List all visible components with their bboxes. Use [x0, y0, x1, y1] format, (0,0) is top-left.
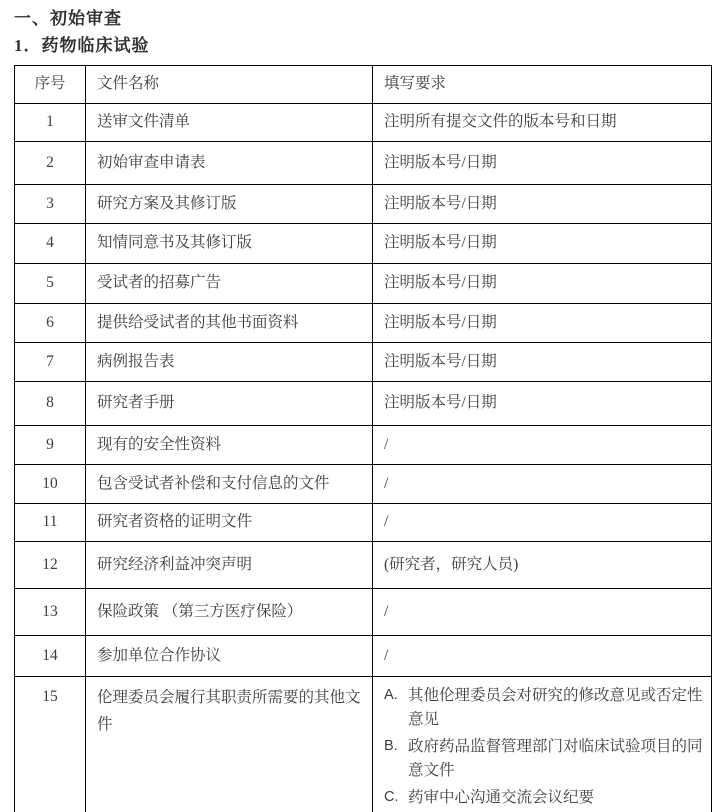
- subsection-title: 1．药物临床试验: [14, 34, 711, 58]
- row-number-cell: 1: [15, 104, 86, 142]
- requirement-item-label: A.: [384, 684, 408, 706]
- row-number-cell: 14: [15, 636, 86, 677]
- row-number-cell: 5: [15, 264, 86, 304]
- row-number-cell: 12: [15, 542, 86, 589]
- row-number-cell: 4: [15, 224, 86, 264]
- requirement-item-text: 药审中心沟通交流会议纪要: [408, 786, 703, 810]
- requirement-item-label: C.: [384, 786, 408, 808]
- requirement-item-label: B.: [384, 735, 408, 757]
- doc-name-cell: 包含受试者补偿和支付信息的文件: [86, 465, 373, 504]
- table-row: 15 伦理委员会履行其职责所需要的其他文件 A. 其他伦理委员会对研究的修改意见…: [15, 677, 712, 812]
- requirement-item: C. 药审中心沟通交流会议纪要: [384, 786, 703, 810]
- requirement-cell: 注明版本号/日期: [373, 343, 712, 382]
- requirement-cell: A. 其他伦理委员会对研究的修改意见或否定性意见 B. 政府药品监督管理部门对临…: [373, 677, 712, 812]
- table-row: 14 参加单位合作协议 /: [15, 636, 712, 677]
- requirement-cell: 注明版本号/日期: [373, 382, 712, 426]
- requirement-cell: 注明版本号/日期: [373, 142, 712, 185]
- table-row: 3 研究方案及其修订版 注明版本号/日期: [15, 185, 712, 224]
- doc-name-cell: 知情同意书及其修订版: [86, 224, 373, 264]
- row-number-cell: 8: [15, 382, 86, 426]
- requirement-cell: 注明版本号/日期: [373, 185, 712, 224]
- requirement-cell: /: [373, 589, 712, 636]
- row-number-cell: 7: [15, 343, 86, 382]
- doc-name-cell: 研究者手册: [86, 382, 373, 426]
- row-number-cell: 9: [15, 426, 86, 465]
- doc-name-cell: 研究者资格的证明文件: [86, 504, 373, 542]
- row-number-cell: 11: [15, 504, 86, 542]
- table-row: 13 保险政策 （第三方医疗保险） /: [15, 589, 712, 636]
- header-serial-number: 序号: [15, 66, 86, 104]
- requirement-item-text: 其他伦理委员会对研究的修改意见或否定性意见: [408, 684, 703, 732]
- table-row: 7 病例报告表 注明版本号/日期: [15, 343, 712, 382]
- table-row: 4 知情同意书及其修订版 注明版本号/日期: [15, 224, 712, 264]
- doc-name-cell: 研究经济利益冲突声明: [86, 542, 373, 589]
- doc-name-cell: 病例报告表: [86, 343, 373, 382]
- requirement-item-text: 政府药品监督管理部门对临床试验项目的同意文件: [408, 735, 703, 783]
- header-document-name: 文件名称: [86, 66, 373, 104]
- table-row: 10 包含受试者补偿和支付信息的文件 /: [15, 465, 712, 504]
- table-row: 12 研究经济利益冲突声明 (研究者，研究人员): [15, 542, 712, 589]
- doc-name-cell: 研究方案及其修订版: [86, 185, 373, 224]
- section-title: 一、初始审查: [14, 7, 711, 31]
- requirement-cell: 注明版本号/日期: [373, 304, 712, 343]
- requirement-cell: 注明所有提交文件的版本号和日期: [373, 104, 712, 142]
- requirement-cell: 注明版本号/日期: [373, 264, 712, 304]
- doc-name-cell: 受试者的招募广告: [86, 264, 373, 304]
- requirement-item: B. 政府药品监督管理部门对临床试验项目的同意文件: [384, 735, 703, 783]
- table-row: 1 送审文件清单 注明所有提交文件的版本号和日期: [15, 104, 712, 142]
- document-page: 一、初始审查 1．药物临床试验 序号 文件名称 填写要求 1 送审文件清单 注明…: [0, 0, 724, 812]
- row-number-cell: 10: [15, 465, 86, 504]
- table-row: 2 初始审查申请表 注明版本号/日期: [15, 142, 712, 185]
- table-row: 9 现有的安全性资料 /: [15, 426, 712, 465]
- row-number-cell: 13: [15, 589, 86, 636]
- table-row: 5 受试者的招募广告 注明版本号/日期: [15, 264, 712, 304]
- row-number-cell: 6: [15, 304, 86, 343]
- row-number-cell: 2: [15, 142, 86, 185]
- requirement-cell: (研究者，研究人员): [373, 542, 712, 589]
- review-documents-table: 序号 文件名称 填写要求 1 送审文件清单 注明所有提交文件的版本号和日期 2 …: [14, 65, 712, 812]
- table-row: 8 研究者手册 注明版本号/日期: [15, 382, 712, 426]
- row-number-cell: 15: [15, 677, 86, 812]
- doc-name-cell: 初始审查申请表: [86, 142, 373, 185]
- doc-name-cell: 送审文件清单: [86, 104, 373, 142]
- table-row: 11 研究者资格的证明文件 /: [15, 504, 712, 542]
- doc-name-cell: 参加单位合作协议: [86, 636, 373, 677]
- requirement-cell: /: [373, 504, 712, 542]
- requirement-cell: /: [373, 465, 712, 504]
- doc-name-cell: 现有的安全性资料: [86, 426, 373, 465]
- table-header-row: 序号 文件名称 填写要求: [15, 66, 712, 104]
- requirement-cell: 注明版本号/日期: [373, 224, 712, 264]
- requirement-cell: /: [373, 426, 712, 465]
- header-fill-requirement: 填写要求: [373, 66, 712, 104]
- row-number-cell: 3: [15, 185, 86, 224]
- requirement-cell: /: [373, 636, 712, 677]
- doc-name-cell: 伦理委员会履行其职责所需要的其他文件: [86, 677, 373, 812]
- doc-name-cell: 保险政策 （第三方医疗保险）: [86, 589, 373, 636]
- doc-name-cell: 提供给受试者的其他书面资料: [86, 304, 373, 343]
- requirement-item: A. 其他伦理委员会对研究的修改意见或否定性意见: [384, 684, 703, 732]
- table-row: 6 提供给受试者的其他书面资料 注明版本号/日期: [15, 304, 712, 343]
